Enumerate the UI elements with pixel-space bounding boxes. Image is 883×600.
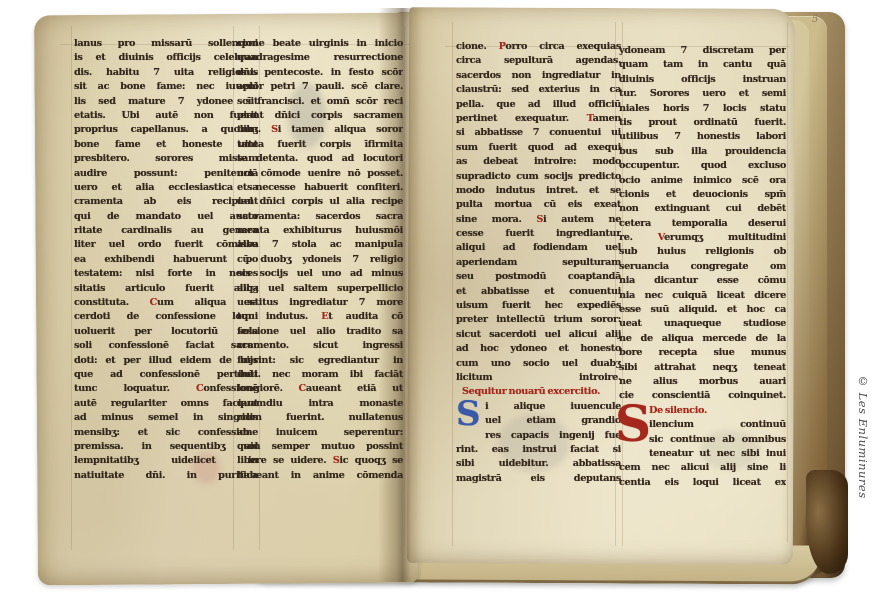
text-line: supradicto cum socijs predicto (456, 170, 621, 184)
text-line: que ad confessionē pertinēt (74, 368, 258, 382)
text-line: aliqui ad fodiendam uel (456, 241, 621, 255)
text-column-3: cione. Porro circa exequiascirca sepultu… (456, 40, 621, 486)
text-line: cum uno socio uel duabʒ (456, 357, 621, 371)
text-line: aplōr petri 7 pauli. scē clare. (237, 80, 403, 94)
text-line: aperiendam sepulturam (456, 256, 621, 270)
text-line: fessione uel alio tradito sa (237, 325, 403, 339)
text-line: dis. habitu 7 uita religiosus (74, 66, 258, 80)
text-line: nia dicantur esse cōmu (619, 274, 786, 288)
text-line: ne alius morbus auari (619, 375, 786, 389)
text-line: ilencium continuū (649, 418, 786, 432)
text-line: bus sub illa prouidencia (619, 145, 786, 159)
text-line: sacramenta: sacerdos sacra (237, 210, 403, 224)
ruling-line (787, 22, 788, 542)
text-line: doti: et per illud eidem de hijs (74, 354, 258, 368)
text-line: autē regulariter omns faciant (74, 397, 258, 411)
text-line: sicut sacerdoti uel alicui alij (456, 328, 621, 342)
text-line: diuinis officijs instruan (619, 73, 786, 87)
text-line: cione beate uirginis in inicio (237, 37, 403, 51)
text-line: ritate cardinalis au genera (74, 224, 258, 238)
text-line: pertinet exequatur. Tamen (456, 112, 621, 126)
text-line: ocio anime inimico scē ora (619, 174, 786, 188)
text-line: sacerdos non ingrediatur in (456, 69, 621, 83)
text-line: sub huius religionis ob (619, 245, 786, 259)
text-line: cerdoti de confessione loqui (74, 310, 258, 324)
text-line: sis socijs uel uno ad minus (237, 267, 403, 281)
text-line: dn̄i. pentecoste. in festo scōr (237, 66, 403, 80)
text-line: Sequitur nouarū excercitio. (456, 385, 621, 399)
text-line: uero et alia ecclesiastica sa (74, 181, 258, 195)
text-line: lempnitatibʒ uidelicet in (74, 454, 258, 468)
text-line: sit ac bone fame: nec iuueni (74, 80, 258, 94)
text-line: qui de mandato uel aucto (74, 210, 258, 224)
text-line: rint. eas instrui faciat si (456, 443, 621, 457)
text-line: alba 7 stola ac manipula (237, 238, 403, 252)
text-line: centia eis loqui liceat ex (619, 476, 786, 490)
text-line: pella. que ad illud officiū (456, 98, 621, 112)
text-line: te detenta. quod ad locutori (237, 152, 403, 166)
text-line: occupentur. quod excluso (619, 159, 786, 173)
text-line: ueat unaqueque studiose (619, 317, 786, 331)
text-line: soli confessionē faciat sacer (74, 339, 258, 353)
text-line: habeant in anime cōmenda (237, 469, 403, 483)
text-line: ne de aliqua mercede de la (619, 332, 786, 346)
text-line: et necesse habuerit confiteri. (237, 181, 403, 195)
text-line: esse suū aliquid. et hoc ca (619, 303, 786, 317)
text-line: is et diuinis officijs celebran (74, 51, 258, 65)
text-line: scī francisci. et omn̄ scōr reci (237, 95, 403, 109)
text-line: magistrā eis deputans (456, 472, 621, 486)
text-line: natiuitate dn̄i. in purifica (74, 469, 258, 483)
illuminated-initial-red: S (615, 404, 645, 447)
text-line: preter intellectū trium soror: (456, 313, 621, 327)
text-line: niales horis 7 locis statu (619, 102, 786, 116)
text-line: etatis. Ubi autē non fuerit (74, 109, 258, 123)
text-column-4: ydoneam 7 discretam perquam tam in cantu… (619, 44, 786, 490)
illuminated-initial-blue: S (456, 401, 481, 430)
text-line: bore recepta siue munus (619, 346, 786, 360)
text-line: pulta mortua cū eis exeat (456, 198, 621, 212)
text-line: quam tam in cantu quā (619, 58, 786, 72)
text-line: cem nec alicui alij sine li (619, 461, 786, 475)
text-line: cū duobʒ ydoneis 7 religio (237, 253, 403, 267)
text-line: uel etiam grandio (485, 414, 621, 428)
text-line: nia nec cuiquā liceat dicere (619, 289, 786, 303)
text-line: i alique iuuencule (485, 400, 621, 414)
text-line: as debeat introire: modo (456, 155, 621, 169)
text-line: ad minus semel in singulis (74, 411, 258, 425)
text-line: cramento. sicut ingressi (237, 339, 403, 353)
text-line: tis prout ordinatū fuerit. (619, 116, 786, 130)
text-line: claustrū: sed exterius in ca (456, 83, 621, 97)
text-line: presbitero. sorores missam (74, 152, 258, 166)
text-line: cionis et deuocionis spm̄ (619, 188, 786, 202)
text-line: uisum fuerit hec expediēs (456, 299, 621, 313)
text-line: bone fame et honeste uite (74, 138, 258, 152)
text-line: tum. Si tamen aliqua soror (237, 123, 403, 137)
text-line: quamdiu intra monaste (237, 397, 403, 411)
text-line: circa sepulturā agendas. (456, 54, 621, 68)
text-line: audire possunt: penitenciā (74, 167, 258, 181)
text-line: ea exhibendi habuerunt po (74, 253, 258, 267)
text-line: sic continue ab omnibus (649, 433, 786, 447)
text-line: cie conscientiā coinquinet. (619, 389, 786, 403)
ruling-line (452, 22, 453, 546)
text-line: cetera temporalia deserui (619, 217, 786, 231)
text-line: alba uel saltem superpellicio (237, 282, 403, 296)
text-line: sibi uidebitur. abbatissa (456, 457, 621, 471)
text-line: uel dn̄ici corpis ul alia recipe (237, 195, 403, 209)
text-line: uoluerit per locutoriū sola (74, 325, 258, 339)
text-line: rium fuerint. nullatenus (237, 411, 403, 425)
text-line: modo indutus intret. et se (456, 184, 621, 198)
text-line: liter uel ordo fuerit cōmissu (74, 238, 258, 252)
fore-edge-corner (806, 470, 848, 574)
text-line: re. Verumqʒ multitudini (619, 231, 786, 245)
text-line: quadragesime resurrectione (237, 51, 403, 65)
text-line: proprius capellanus. a quolibʒ (74, 123, 258, 137)
text-line: ab inuicem seperentur: (237, 426, 403, 440)
text-line: longiorē. Caueant etiā ut (237, 382, 403, 396)
text-line: testatem: nisi forte in neces (74, 267, 258, 281)
text-line: menta exhibiturus huiusmōi (237, 224, 403, 238)
text-line: tur. Sorores uero et semi (619, 87, 786, 101)
text-line: uestitus ingrediatur 7 more (237, 296, 403, 310)
text-line: piant dn̄ici corpis sacramen (237, 109, 403, 123)
text-line: seu postmodū coaptandā (456, 270, 621, 284)
text-line: um cōmode uenire nō posset. (237, 167, 403, 181)
text-line: seruancia congregate om (619, 260, 786, 274)
ruling-line (71, 26, 72, 550)
text-line: tur indutus. Et audita cō (237, 310, 403, 324)
text-column-2: cione beate uirginis in inicioquadragesi… (237, 37, 403, 483)
text-line: licitum introire. (456, 371, 621, 385)
text-line: quin semper mutuo possint (237, 440, 403, 454)
text-line: cione. Porro circa exequias (456, 40, 621, 54)
text-line: lis sed mature 7 ydonee sit (74, 95, 258, 109)
text-line: sum fuerit quod ad exequi (456, 141, 621, 155)
text-line: sine mora. Si autem ne (456, 213, 621, 227)
text-line: fuerint: sic egrediantur in (237, 354, 403, 368)
text-line: ydoneam 7 discretam per (619, 44, 786, 58)
text-line: constituta. Cum aliqua sa (74, 296, 258, 310)
text-line: tanta fuerit corpis īfirmita (237, 138, 403, 152)
text-line: cramenta ab eis recipiant (74, 195, 258, 209)
text-line: utilibus 7 honestis labori (619, 130, 786, 144)
text-column-1: lanus pro missarū sollempniis et diuinis… (74, 37, 258, 483)
text-line: ad hoc ydoneo et honesto (456, 342, 621, 356)
text-line: cesse fuerit ingrediantur (456, 227, 621, 241)
text-line: sibi attrahat neqʒ teneat (619, 361, 786, 375)
ruling-line (404, 26, 405, 546)
text-line: teneatur ut nec sibi inui (649, 447, 786, 461)
text-line: et abbatisse et conuentui (456, 285, 621, 299)
text-line: sitatis articulo fuerit aliqʒ (74, 282, 258, 296)
text-line: res capacis ingenij fue (485, 429, 621, 443)
text-line: duti. nec moram ibi faciāt (237, 368, 403, 382)
text-line: lanus pro missarū sollempni (74, 37, 258, 51)
text-line: tunc loquatur. Confessionē (74, 382, 258, 396)
text-line: si abbatisse 7 conuentui ui (456, 126, 621, 140)
text-line: non extinguant cui debēt (619, 202, 786, 216)
text-line: De silencio. (649, 404, 786, 418)
text-line: premissa. in sequentibʒ sol (74, 440, 258, 454)
folio-number: 5 (812, 14, 818, 25)
text-line: mensibʒ: et sic confessione (74, 426, 258, 440)
text-line: libere se uidere. Sic quoqʒ se (237, 454, 403, 468)
photo-credit: © Les Enluminures (856, 374, 870, 554)
